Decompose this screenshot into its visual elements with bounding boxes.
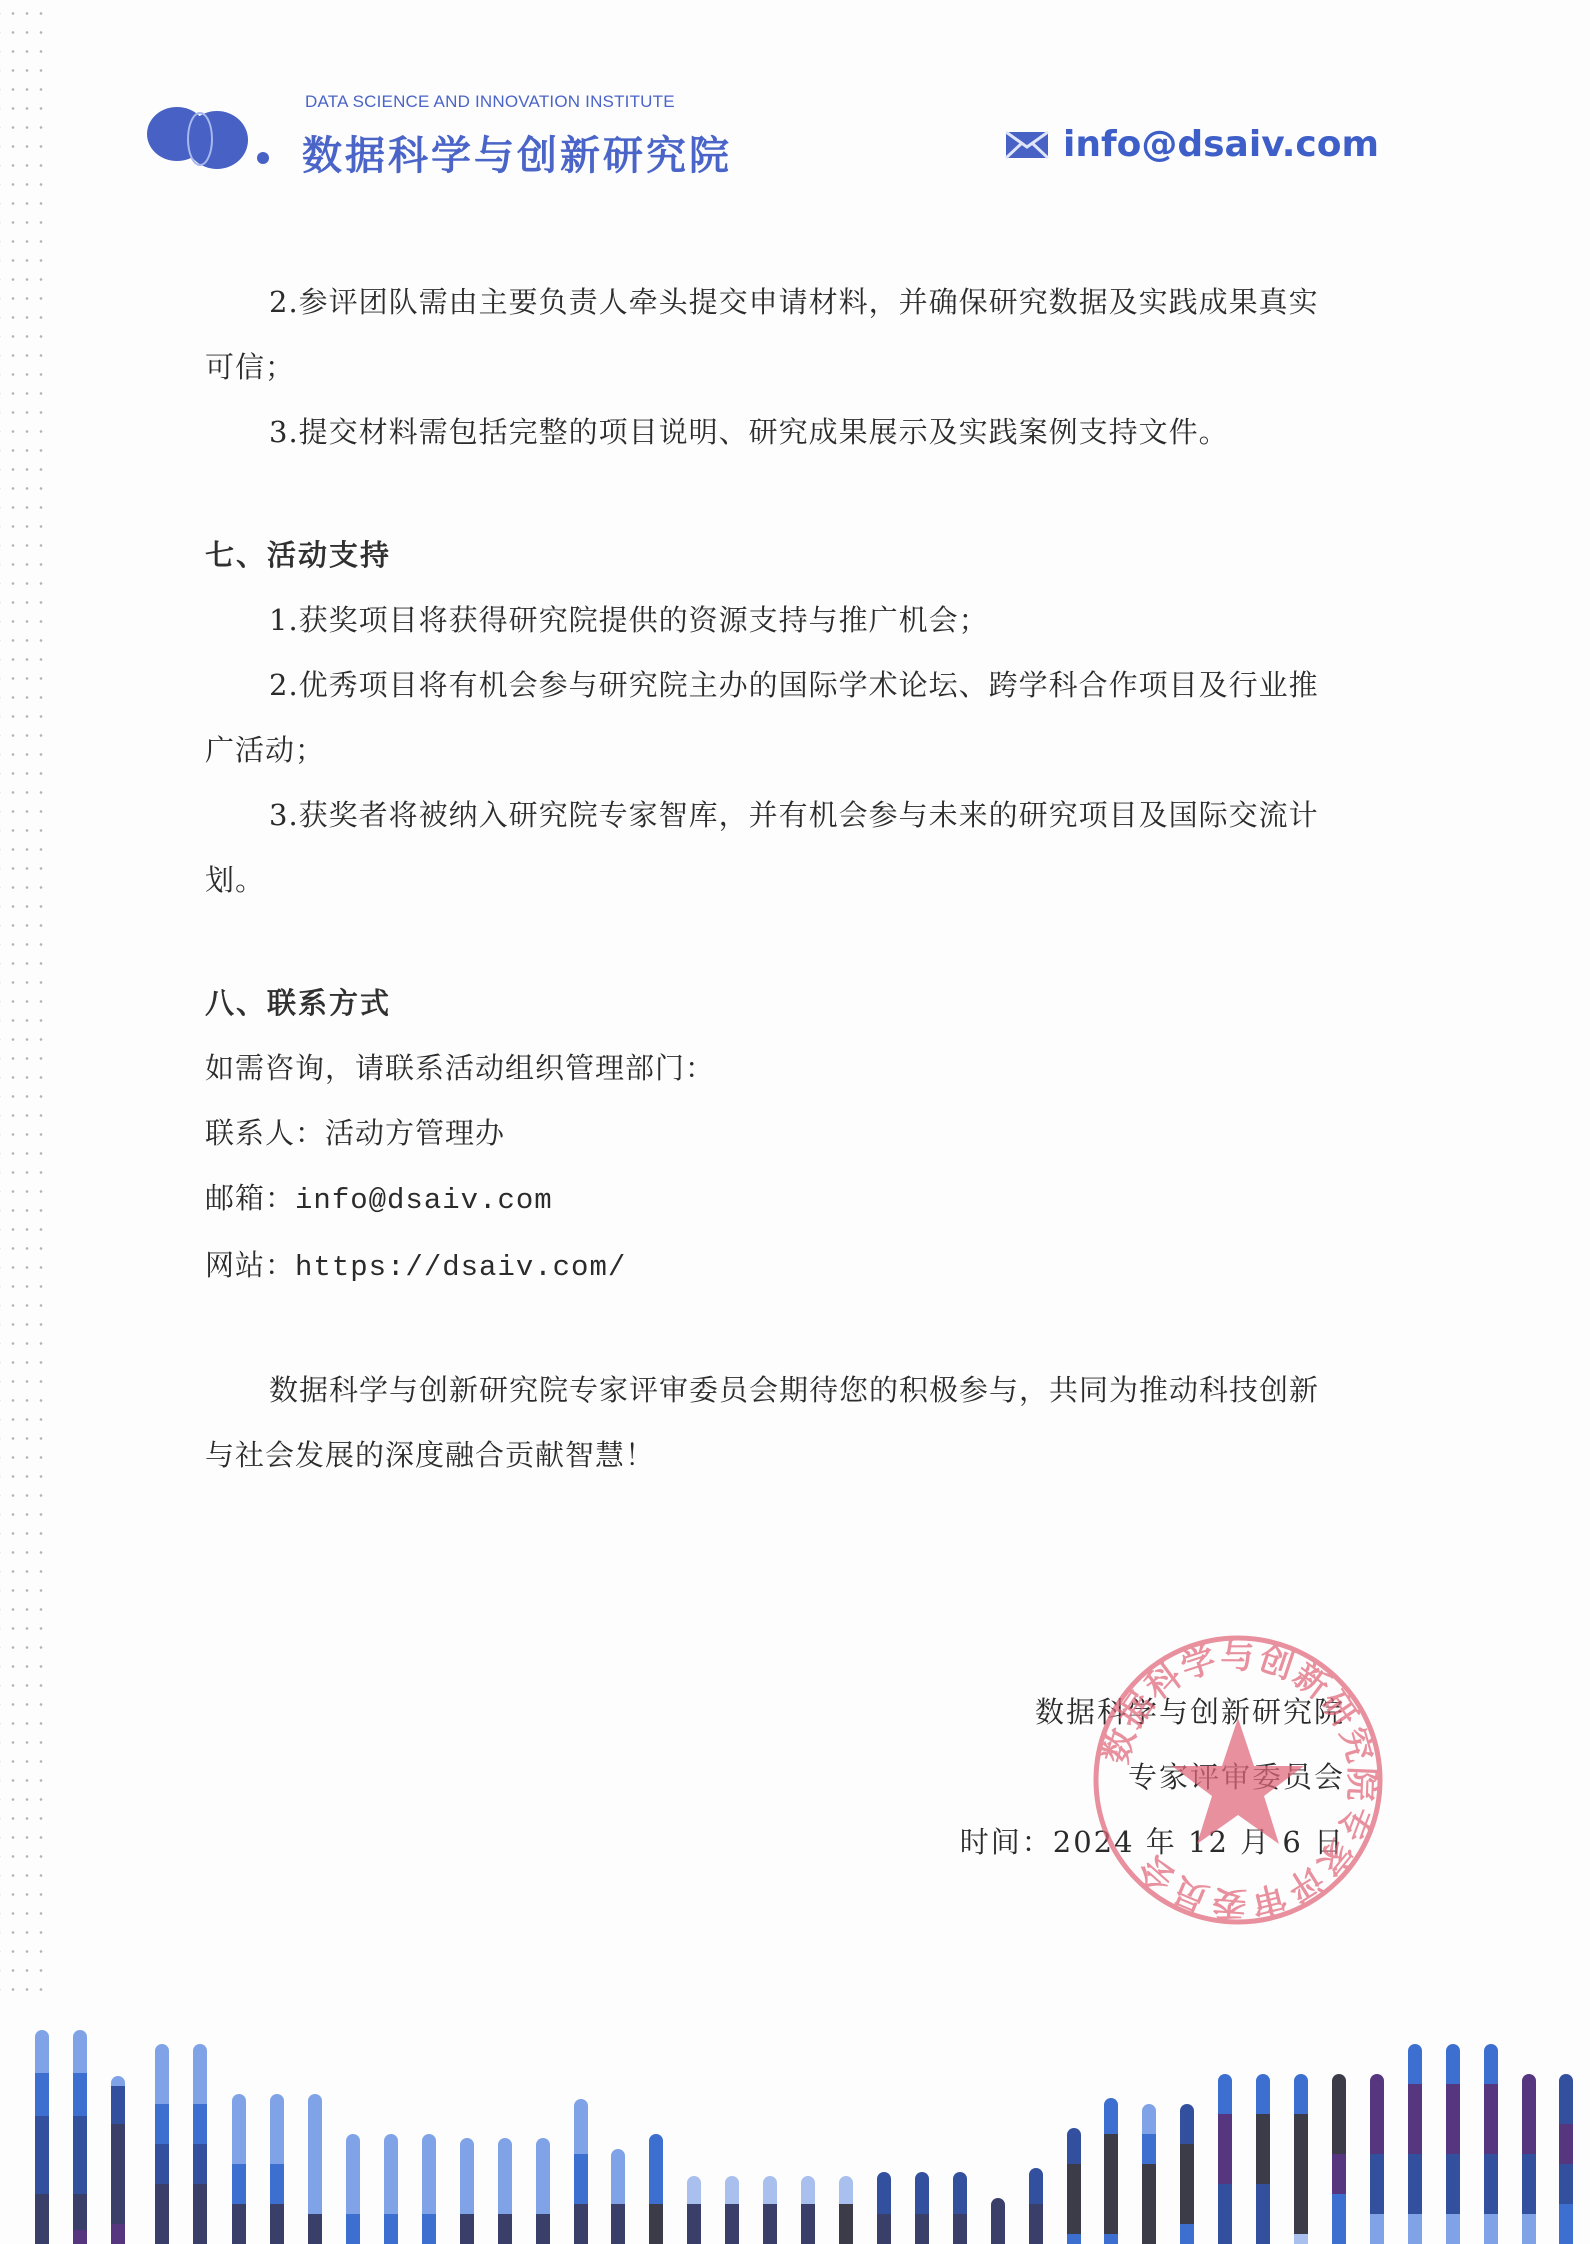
footer-bar <box>35 2030 49 2244</box>
footer-bar <box>1218 2074 1232 2244</box>
support-item-3: 3.获奖者将被纳入研究院专家智库，并有机会参与未来的研究项目及国际交流计划。 <box>205 783 1345 913</box>
footer-bar <box>73 2030 87 2244</box>
footer-bar <box>155 2044 169 2244</box>
mail-icon <box>1005 131 1049 159</box>
footer-bar <box>725 2176 739 2244</box>
footer-bar <box>232 2094 246 2244</box>
footer-bar <box>346 2134 360 2244</box>
contact-intro: 如需咨询，请联系活动组织管理部门： <box>205 1036 1345 1101</box>
footer-bar <box>1256 2074 1270 2244</box>
footer-bar <box>574 2099 588 2244</box>
contact-website-row: 网站：https://dsaiv.com/ <box>205 1233 1345 1300</box>
footer-bar <box>1294 2074 1308 2244</box>
footer-bar <box>1408 2044 1422 2244</box>
footer-bar <box>991 2198 1005 2244</box>
contact-person-row: 联系人：活动方管理办 <box>205 1101 1345 1166</box>
footer-bar <box>308 2094 322 2244</box>
logo-english-name: DATA SCIENCE AND INNOVATION INSTITUTE <box>305 92 675 112</box>
scan-speckle <box>0 0 50 2000</box>
contact-website-link[interactable]: https://dsaiv.com/ <box>295 1251 626 1284</box>
logo-chinese-name: 数据科学与创新研究院 <box>302 124 732 181</box>
footer-bar <box>763 2176 777 2244</box>
footer-bar <box>498 2138 512 2244</box>
footer-bar <box>839 2176 853 2244</box>
contact-email-link[interactable]: info@dsaiv.com <box>295 1184 553 1217</box>
footer-bar <box>1522 2074 1536 2244</box>
footer-bar <box>611 2149 625 2244</box>
section-heading-support: 七、活动支持 <box>205 523 1345 588</box>
footer-bar <box>1180 2104 1194 2244</box>
footer-bar <box>1142 2104 1156 2244</box>
footer-bar <box>1332 2074 1346 2244</box>
footer-bar <box>877 2172 891 2244</box>
footer-bar <box>953 2172 967 2244</box>
decorative-footer-bars <box>0 2030 1590 2244</box>
footer-bar <box>915 2172 929 2244</box>
contact-website-label: 网站： <box>205 1248 295 1282</box>
footer-bar <box>1484 2044 1498 2244</box>
footer-bar <box>687 2176 701 2244</box>
contact-person-value: 活动方管理办 <box>325 1116 505 1150</box>
header-contact: info@dsaiv.com <box>1005 124 1379 165</box>
footer-bar <box>1370 2074 1384 2244</box>
support-item-1: 1.获奖项目将获得研究院提供的资源支持与推广机会； <box>205 588 1345 653</box>
footer-bar <box>1446 2044 1460 2244</box>
star-icon <box>1172 1718 1304 1844</box>
header-email[interactable]: info@dsaiv.com <box>1063 124 1379 165</box>
official-seal-stamp: 数据科学与创新研究院专家评审委员会 <box>1088 1630 1388 1930</box>
signature-date-label: 时间： <box>960 1825 1053 1859</box>
section-heading-contact: 八、联系方式 <box>205 971 1345 1036</box>
footer-bar <box>1067 2128 1081 2244</box>
footer-bar <box>1559 2074 1573 2244</box>
footer-bar <box>193 2044 207 2244</box>
requirement-item-3: 3.提交材料需包括完整的项目说明、研究成果展示及实践案例支持文件。 <box>205 400 1345 465</box>
contact-email-row: 邮箱：info@dsaiv.com <box>205 1166 1345 1233</box>
letterhead: DATA SCIENCE AND INNOVATION INSTITUTE 数据… <box>0 0 1590 200</box>
footer-bar <box>1029 2168 1043 2244</box>
support-item-2: 2.优秀项目将有机会参与研究院主办的国际学术论坛、跨学科合作项目及行业推广活动； <box>205 653 1345 783</box>
footer-bar <box>384 2134 398 2244</box>
footer-bar <box>801 2176 815 2244</box>
footer-bar <box>536 2138 550 2244</box>
footer-bar <box>111 2076 125 2244</box>
footer-bar <box>422 2134 436 2244</box>
closing-paragraph: 数据科学与创新研究院专家评审委员会期待您的积极参与，共同为推动科技创新与社会发展… <box>205 1358 1345 1488</box>
document-body: 2.参评团队需由主要负责人牵头提交申请材料，并确保研究数据及实践成果真实可信； … <box>205 270 1345 1488</box>
contact-email-label: 邮箱： <box>205 1181 295 1215</box>
institute-logo-icon <box>145 102 275 172</box>
footer-bar <box>270 2094 284 2244</box>
contact-person-label: 联系人： <box>205 1116 325 1150</box>
footer-bar <box>1104 2098 1118 2244</box>
footer-bar <box>460 2138 474 2244</box>
requirement-item-2: 2.参评团队需由主要负责人牵头提交申请材料，并确保研究数据及实践成果真实可信； <box>205 270 1345 400</box>
footer-bar <box>649 2134 663 2244</box>
